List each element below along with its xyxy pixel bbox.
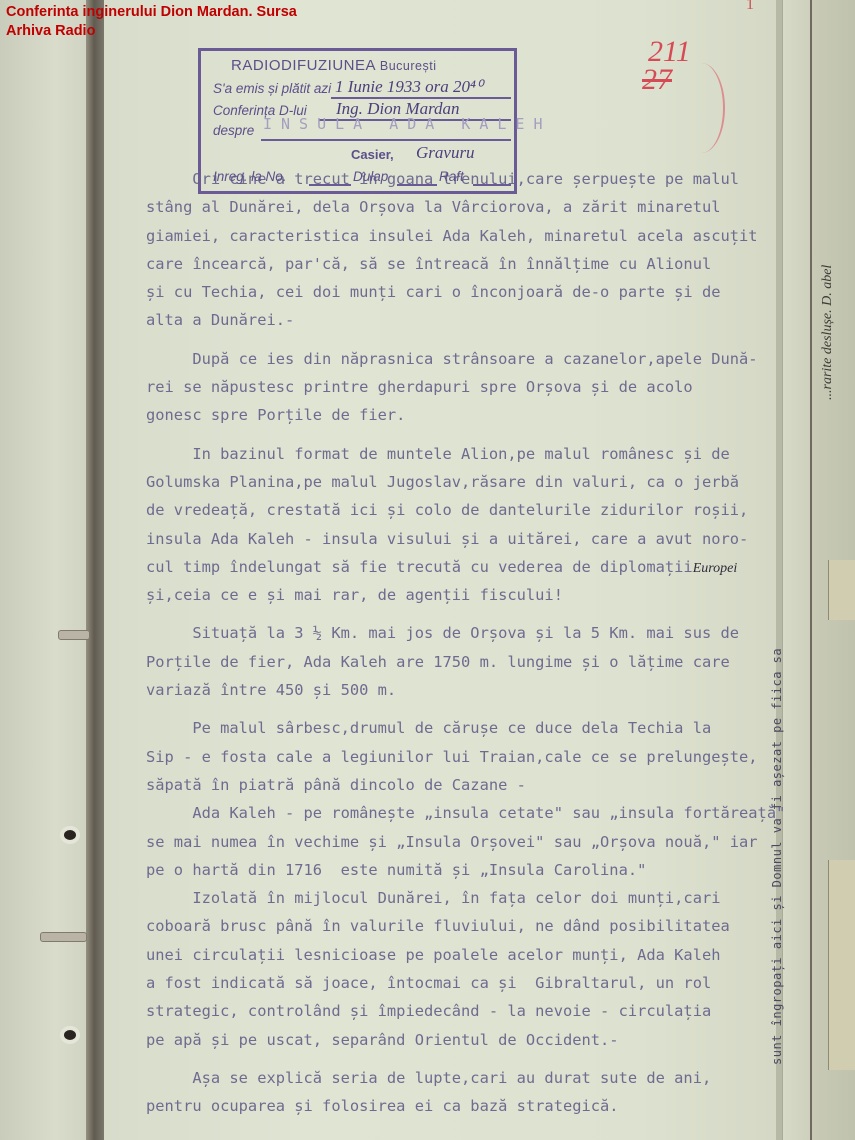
stamp-title: RADIODIFUZIUNEA București [231, 57, 436, 74]
text-line: In bazinul format de muntele Alion,pe ma… [146, 440, 786, 468]
stamp-shelf-label: Raft [439, 169, 464, 184]
stamp-emitted-label: S'a emis și plătit azi [213, 81, 331, 96]
text-line: și,ceia ce e și mai rar, de agenții fisc… [146, 581, 786, 609]
stamp-about-value: INSULA ADA KALEH [263, 115, 552, 133]
torn-paper-edge [828, 560, 855, 620]
binder-ring [58, 630, 90, 640]
text-line: rei se năpustesc printre gherdapuri spre… [146, 373, 786, 401]
red-arc-mark [678, 63, 725, 153]
red-archive-number: 211 27 [648, 38, 718, 143]
typed-text-body: Ori cine a trecut în goana trenului,care… [146, 165, 786, 1121]
text-line: alta a Dunărei.- [146, 306, 786, 334]
text-line: Izolată în mijlocul Dunărei, în fața cel… [146, 884, 786, 912]
stamp-about-label: despre [213, 123, 254, 138]
text-line: Ada Kaleh - pe românește „insula cetate"… [146, 799, 786, 827]
caption-line-2: Arhiva Radio [6, 22, 297, 41]
caption-line-1: Conferinta inginerului Dion Mardan. Surs… [6, 3, 297, 22]
binder-hole [64, 830, 76, 840]
stamp-underline [473, 184, 511, 186]
previous-page [0, 0, 92, 1140]
paragraph-gap [146, 1054, 786, 1064]
binder-hole [64, 1030, 76, 1040]
radio-stamp: RADIODIFUZIUNEA București S'a emis și pl… [198, 48, 517, 194]
text-line: Sip - e fosta cale a legiunilor lui Trai… [146, 743, 786, 771]
text-line: se mai numea în vechime și „Insula Orșov… [146, 828, 786, 856]
text-line: stâng al Dunărei, dela Orșova la Vârcior… [146, 193, 786, 221]
text-line: insula Ada Kaleh - insula visului și a u… [146, 525, 786, 553]
paragraph-gap [146, 704, 786, 714]
image-caption: Conferinta inginerului Dion Mardan. Surs… [6, 3, 297, 41]
text-line: săpată în piatră până dincolo de Cazane … [146, 771, 786, 799]
text-line: pe o hartă din 1716 este numită și „Insu… [146, 856, 786, 884]
text-line: Așa se explică seria de lupte,cari au du… [146, 1064, 786, 1092]
text-line: cul timp îndelungat să fie trecută cu ve… [146, 553, 786, 581]
stamp-underline [309, 184, 351, 186]
text-line: Porțile de fier, Ada Kaleh are 1750 m. l… [146, 648, 786, 676]
stamp-registered-label: Inreg. la No. [213, 169, 287, 184]
paragraph-gap [146, 335, 786, 345]
text-line: de vredeață, crestată ici și colo de dan… [146, 496, 786, 524]
paragraph-gap [146, 609, 786, 619]
torn-paper-edge [828, 860, 855, 1070]
text-line: gonesc spre Porțile de fier. [146, 401, 786, 429]
text-line: Pe malul sârbesc,drumul de cărușe ce duc… [146, 714, 786, 742]
stamp-emitted-value: 1 Iunie 1933 ora 20⁴⁰ [335, 77, 483, 97]
binder-spine [86, 0, 104, 1140]
text-line: pe apă și pe uscat, separând Orientul de… [146, 1026, 786, 1054]
text-line: Situață la 3 ½ Km. mai jos de Orșova și … [146, 619, 786, 647]
text-line: a fost indicată să joace, întocmai ca și… [146, 969, 786, 997]
underlying-sheet [782, 0, 811, 1140]
stamp-underline [261, 139, 511, 141]
text-line: unei circulații lesnicioase pe poalele a… [146, 941, 786, 969]
text-line: pentru ocuparea și folosirea ei ca bază … [146, 1092, 786, 1120]
stamp-city: București [380, 59, 437, 73]
text-line: care încearcă, par'că, să se întreacă în… [146, 250, 786, 278]
text-line: coboară brusc până în valurile fluviului… [146, 912, 786, 940]
text-line: și cu Techia, cei doi munți cari o încon… [146, 278, 786, 306]
paragraph-gap [146, 430, 786, 440]
right-sheet-handwriting: ...rarite deslușe. D. abel [820, 200, 836, 400]
text-line: variază între 450 și 500 m. [146, 676, 786, 704]
stamp-cabinet-label: Dulap [353, 169, 388, 184]
handwritten-insert: Europei [693, 561, 738, 576]
page-number: 1 [746, 0, 754, 14]
text-line: După ce ies din năprasnica strânsoare a … [146, 345, 786, 373]
stamp-cashier-label: Casier, [351, 147, 394, 162]
stamp-underline [397, 184, 437, 186]
text-line: Golumska Planina,pe malul Jugoslav,răsar… [146, 468, 786, 496]
text-line: strategic, controlând și împiedecând - l… [146, 997, 786, 1025]
binder-ring [40, 932, 87, 942]
text-line: giamiei, caracteristica insulei Ada Kale… [146, 222, 786, 250]
stamp-cashier-signature: Gravuru [416, 143, 475, 163]
